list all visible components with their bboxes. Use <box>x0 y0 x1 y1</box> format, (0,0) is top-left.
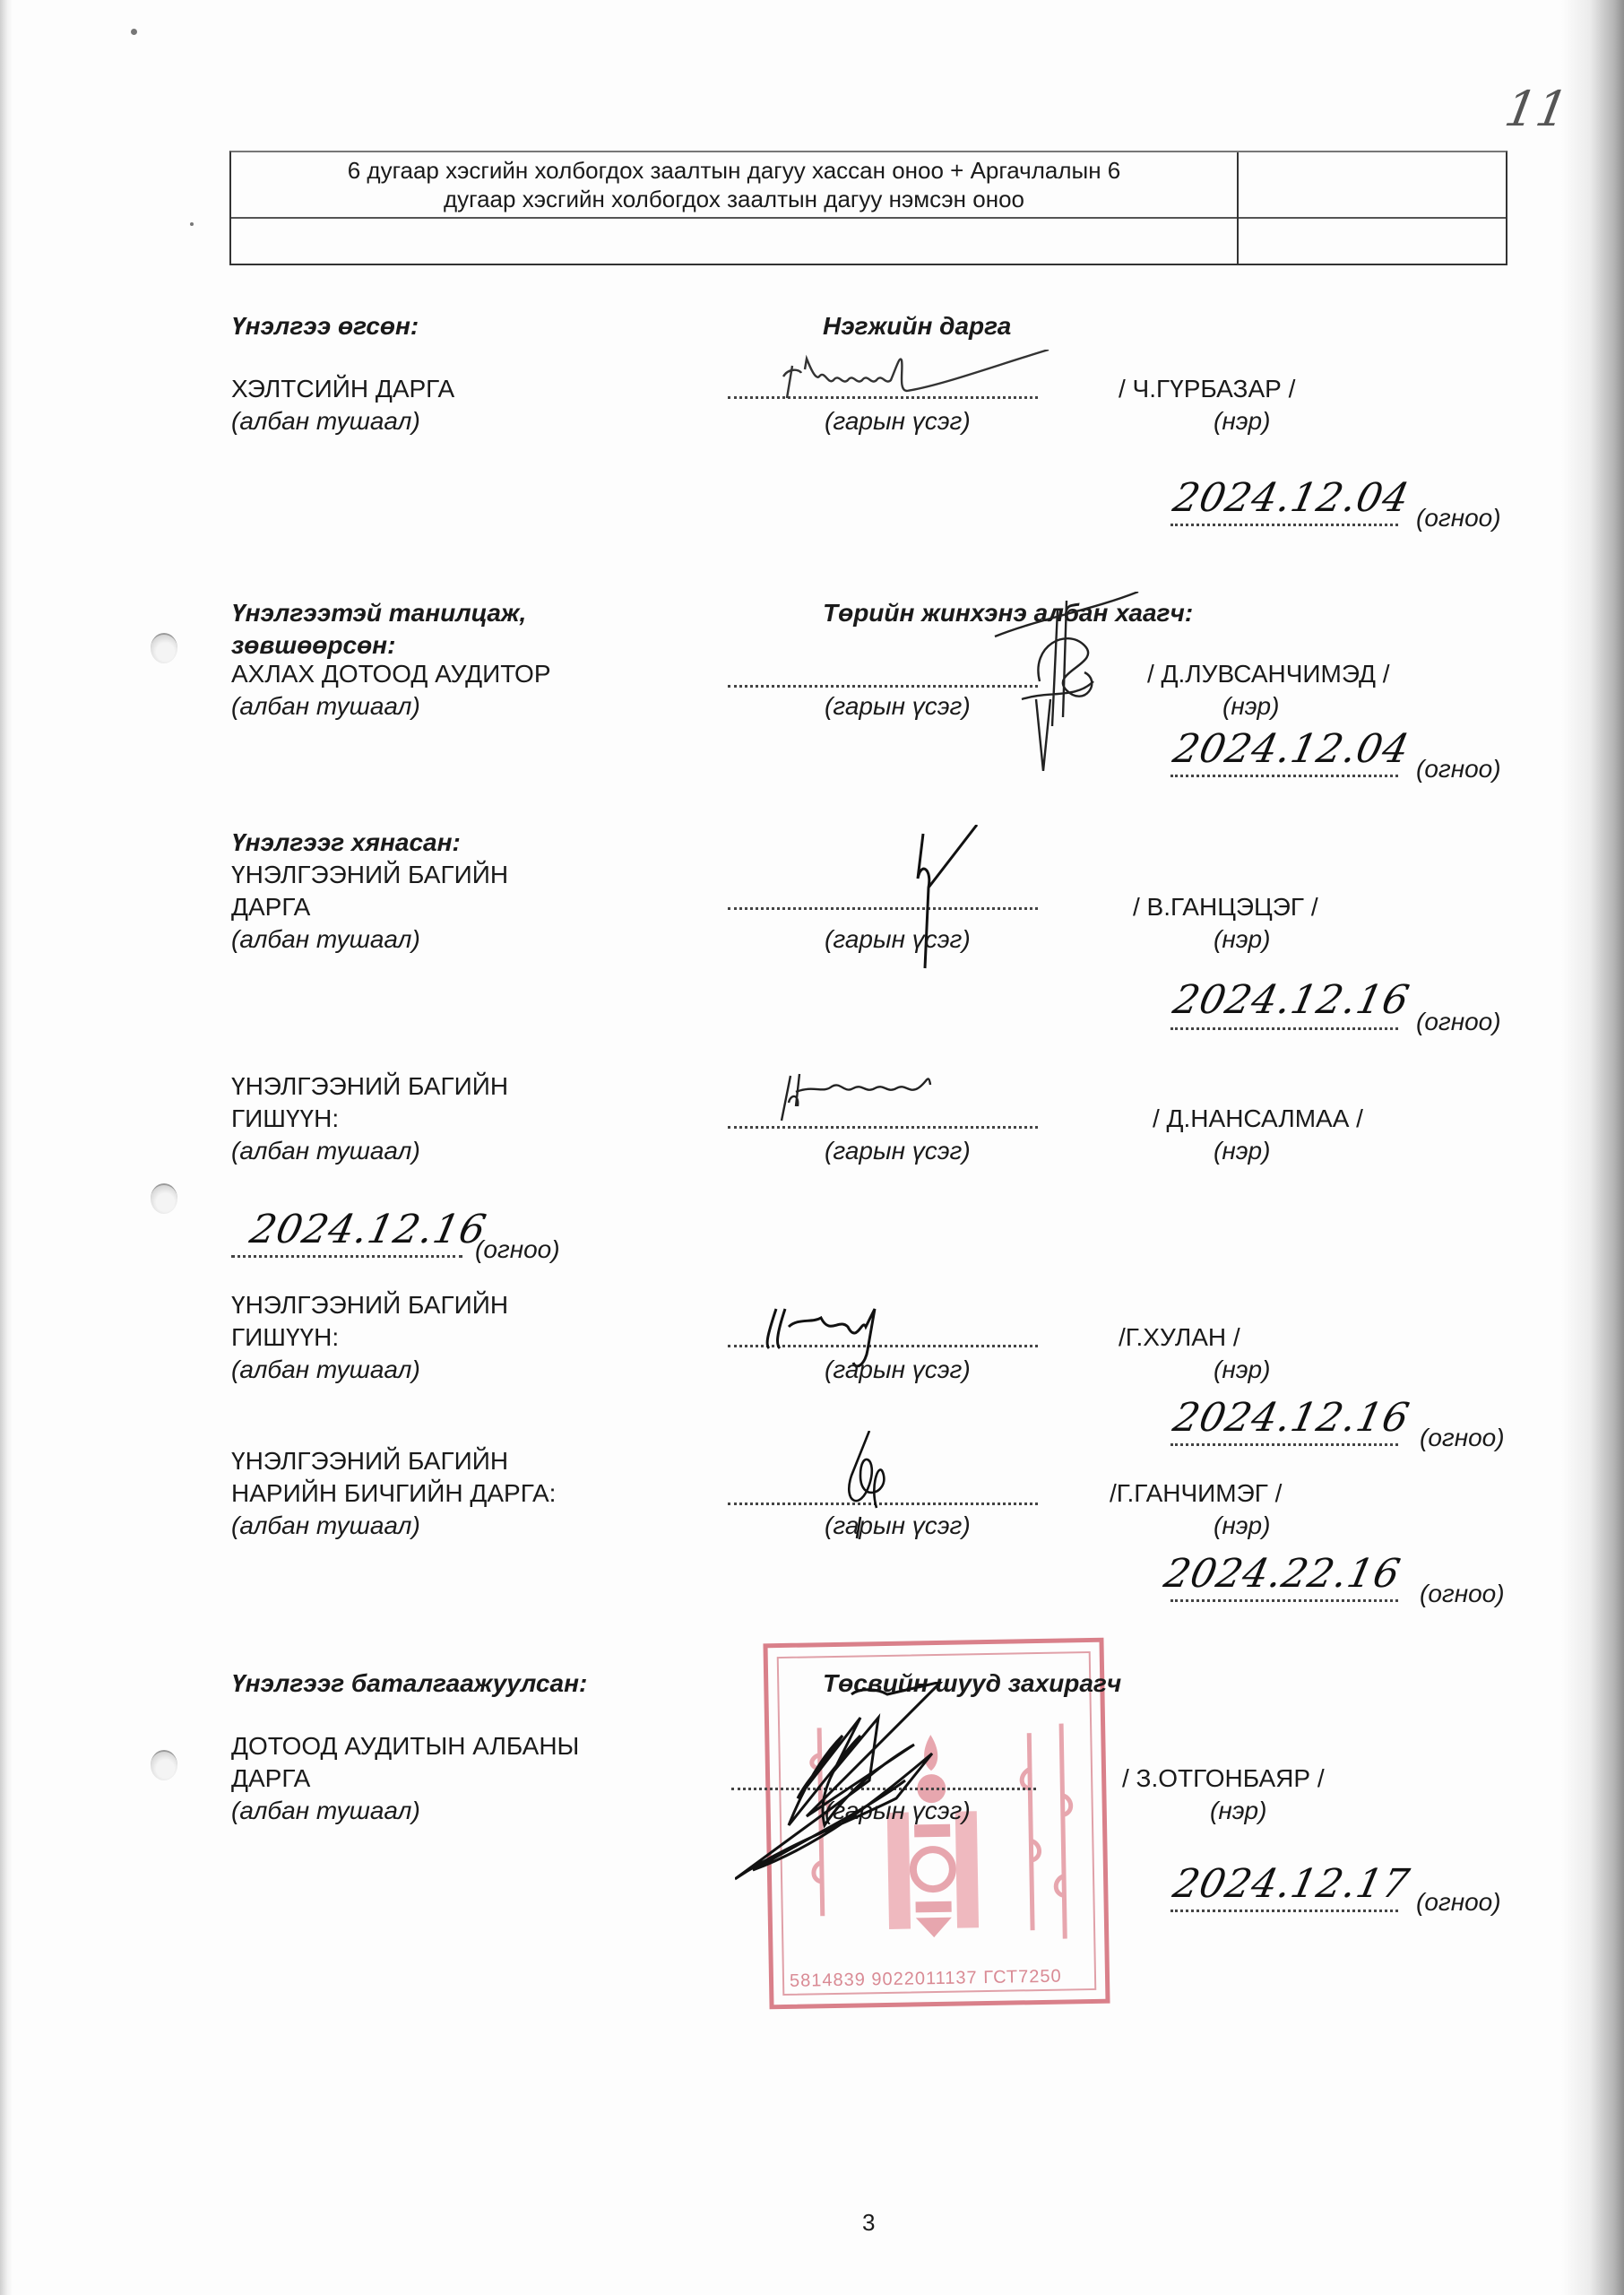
block7-name: / З.ОТГОНБАЯР / <box>1122 1762 1325 1795</box>
block4-name: / Д.НАНСАЛМАА / <box>1153 1103 1363 1135</box>
block1-name-caption: (нэр) <box>1214 405 1270 437</box>
block1-heading: Үнэлгээ өгсөн: <box>231 310 419 342</box>
block2-signature-caption: (гарын үсэг) <box>825 690 971 723</box>
block2-date-caption: (огноо) <box>1416 753 1501 785</box>
score-table: 6 дугаар хэсгийн холбогдох заалтын дагуу… <box>229 151 1507 265</box>
block2-date-line <box>1170 775 1398 777</box>
block3-heading: Үнэлгээг хянасан: <box>231 827 461 859</box>
block5-name: /Г.ХУЛАН / <box>1119 1321 1240 1354</box>
block1-date-caption: (огноо) <box>1416 502 1501 534</box>
table-row: 6 дугаар хэсгийн холбогдох заалтын дагуу… <box>231 152 1506 219</box>
block4-name-caption: (нэр) <box>1214 1135 1270 1167</box>
block6-name: /Г.ГАНЧИМЭГ / <box>1110 1477 1282 1510</box>
block3-name: / В.ГАНЦЭЦЭГ / <box>1133 891 1318 923</box>
block6-position-line2: НАРИЙН БИЧГИЙН ДАРГА: <box>231 1477 556 1510</box>
block2-date: 2024.12.04 <box>1170 726 1414 772</box>
block7-heading: Үнэлгээг баталгаажуулсан: <box>231 1667 587 1700</box>
block2-name: / Д.ЛУВСАНЧИМЭД / <box>1147 658 1390 690</box>
block2-heading-line2: зөвшөөрсөн: <box>231 629 395 662</box>
block6-position-line1: ҮНЭЛГЭЭНИЙ БАГИЙН <box>231 1445 508 1477</box>
block5-position-line1: ҮНЭЛГЭЭНИЙ БАГИЙН <box>231 1289 508 1321</box>
block5-date-line <box>1170 1443 1398 1446</box>
block3-date: 2024.12.16 <box>1170 977 1414 1023</box>
block6-name-caption: (нэр) <box>1214 1510 1270 1542</box>
punch-hole <box>151 633 177 663</box>
block3-signature-caption: (гарын үсэг) <box>825 923 971 956</box>
block7-date: 2024.12.17 <box>1170 1861 1414 1907</box>
block3-signature <box>896 825 1004 986</box>
block5-signature-caption: (гарын үсэг) <box>825 1354 971 1386</box>
block3-date-line <box>1170 1027 1398 1030</box>
block7-date-caption: (огноо) <box>1416 1886 1501 1918</box>
block4-position-caption: (албан тушаал) <box>231 1135 420 1167</box>
block1-signature-caption: (гарын үсэг) <box>825 405 971 437</box>
block6-date-caption: (огноо) <box>1420 1578 1505 1610</box>
table-cell-description: 6 дугаар хэсгийн холбогдох заалтын дагуу… <box>231 156 1237 213</box>
block6-signature-caption: (гарын үсэг) <box>825 1510 971 1542</box>
block2-position-caption: (албан тушаал) <box>231 690 420 723</box>
block4-date-line <box>231 1255 462 1258</box>
block4-position-line1: ҮНЭЛГЭЭНИЙ БАГИЙН <box>231 1070 508 1103</box>
block2-heading-line1: Үнэлгээтэй танилцаж, <box>231 597 526 629</box>
block3-date-caption: (огноо) <box>1416 1006 1501 1038</box>
block6-position-caption: (албан тушаал) <box>231 1510 420 1542</box>
block1-position: ХЭЛТСИЙН ДАРГА <box>231 373 454 405</box>
block1-role-heading: Нэгжийн дарга <box>823 310 1011 342</box>
block5-name-caption: (нэр) <box>1214 1354 1270 1386</box>
block2-signature <box>986 592 1165 771</box>
description-line-1: 6 дугаар хэсгийн холбогдох заалтын дагуу… <box>231 156 1237 185</box>
punch-hole <box>151 1183 177 1214</box>
block1-date: 2024.12.04 <box>1170 475 1414 521</box>
block1-signature <box>780 350 1138 412</box>
block4-position-line2: ГИШҮҮН: <box>231 1103 339 1135</box>
table-column-divider <box>1237 152 1239 264</box>
block3-position-line2: ДАРГА <box>231 891 310 923</box>
block5-position-caption: (албан тушаал) <box>231 1354 420 1386</box>
block1-date-line <box>1170 524 1398 526</box>
block1-position-caption: (албан тушаал) <box>231 405 420 437</box>
block7-position-line2: ДАРГА <box>231 1762 310 1795</box>
block3-position-line1: ҮНЭЛГЭЭНИЙ БАГИЙН <box>231 859 508 891</box>
block5-position-line2: ГИШҮҮН: <box>231 1321 339 1354</box>
block7-name-caption: (нэр) <box>1210 1795 1266 1827</box>
block4-signature <box>778 1067 993 1130</box>
scan-edge-right <box>1561 0 1624 2295</box>
block7-position-caption: (албан тушаал) <box>231 1795 420 1827</box>
block6-date: 2024.22.16 <box>1161 1551 1405 1597</box>
scan-edge-left <box>0 0 13 2295</box>
block5-date: 2024.12.16 <box>1170 1395 1414 1441</box>
block7-date-line <box>1170 1910 1398 1912</box>
block4-signature-caption: (гарын үсэг) <box>825 1135 971 1167</box>
handwritten-folio-number: 11 <box>1500 81 1572 137</box>
block4-date: 2024.12.16 <box>246 1207 491 1252</box>
punch-hole <box>151 1750 177 1780</box>
block4-date-caption: (огноо) <box>475 1234 560 1266</box>
block2-name-caption: (нэр) <box>1222 690 1279 723</box>
block3-name-caption: (нэр) <box>1214 923 1270 956</box>
block3-position-caption: (албан тушаал) <box>231 923 420 956</box>
description-line-2: дугаар хэсгийн холбогдох заалтын дагуу н… <box>231 185 1237 213</box>
block6-date-line <box>1170 1599 1398 1602</box>
block7-position-line1: ДОТООД АУДИТЫН АЛБАНЫ <box>231 1730 579 1762</box>
scan-speck <box>190 222 194 226</box>
block5-date-caption: (огноо) <box>1420 1422 1505 1454</box>
page-number: 3 <box>862 2209 875 2237</box>
block1-name: / Ч.ГҮРБАЗАР / <box>1119 373 1295 405</box>
scan-speck <box>131 29 137 35</box>
block7-signature <box>735 1682 1040 1888</box>
block2-position: АХЛАХ ДОТООД АУДИТОР <box>231 658 551 690</box>
